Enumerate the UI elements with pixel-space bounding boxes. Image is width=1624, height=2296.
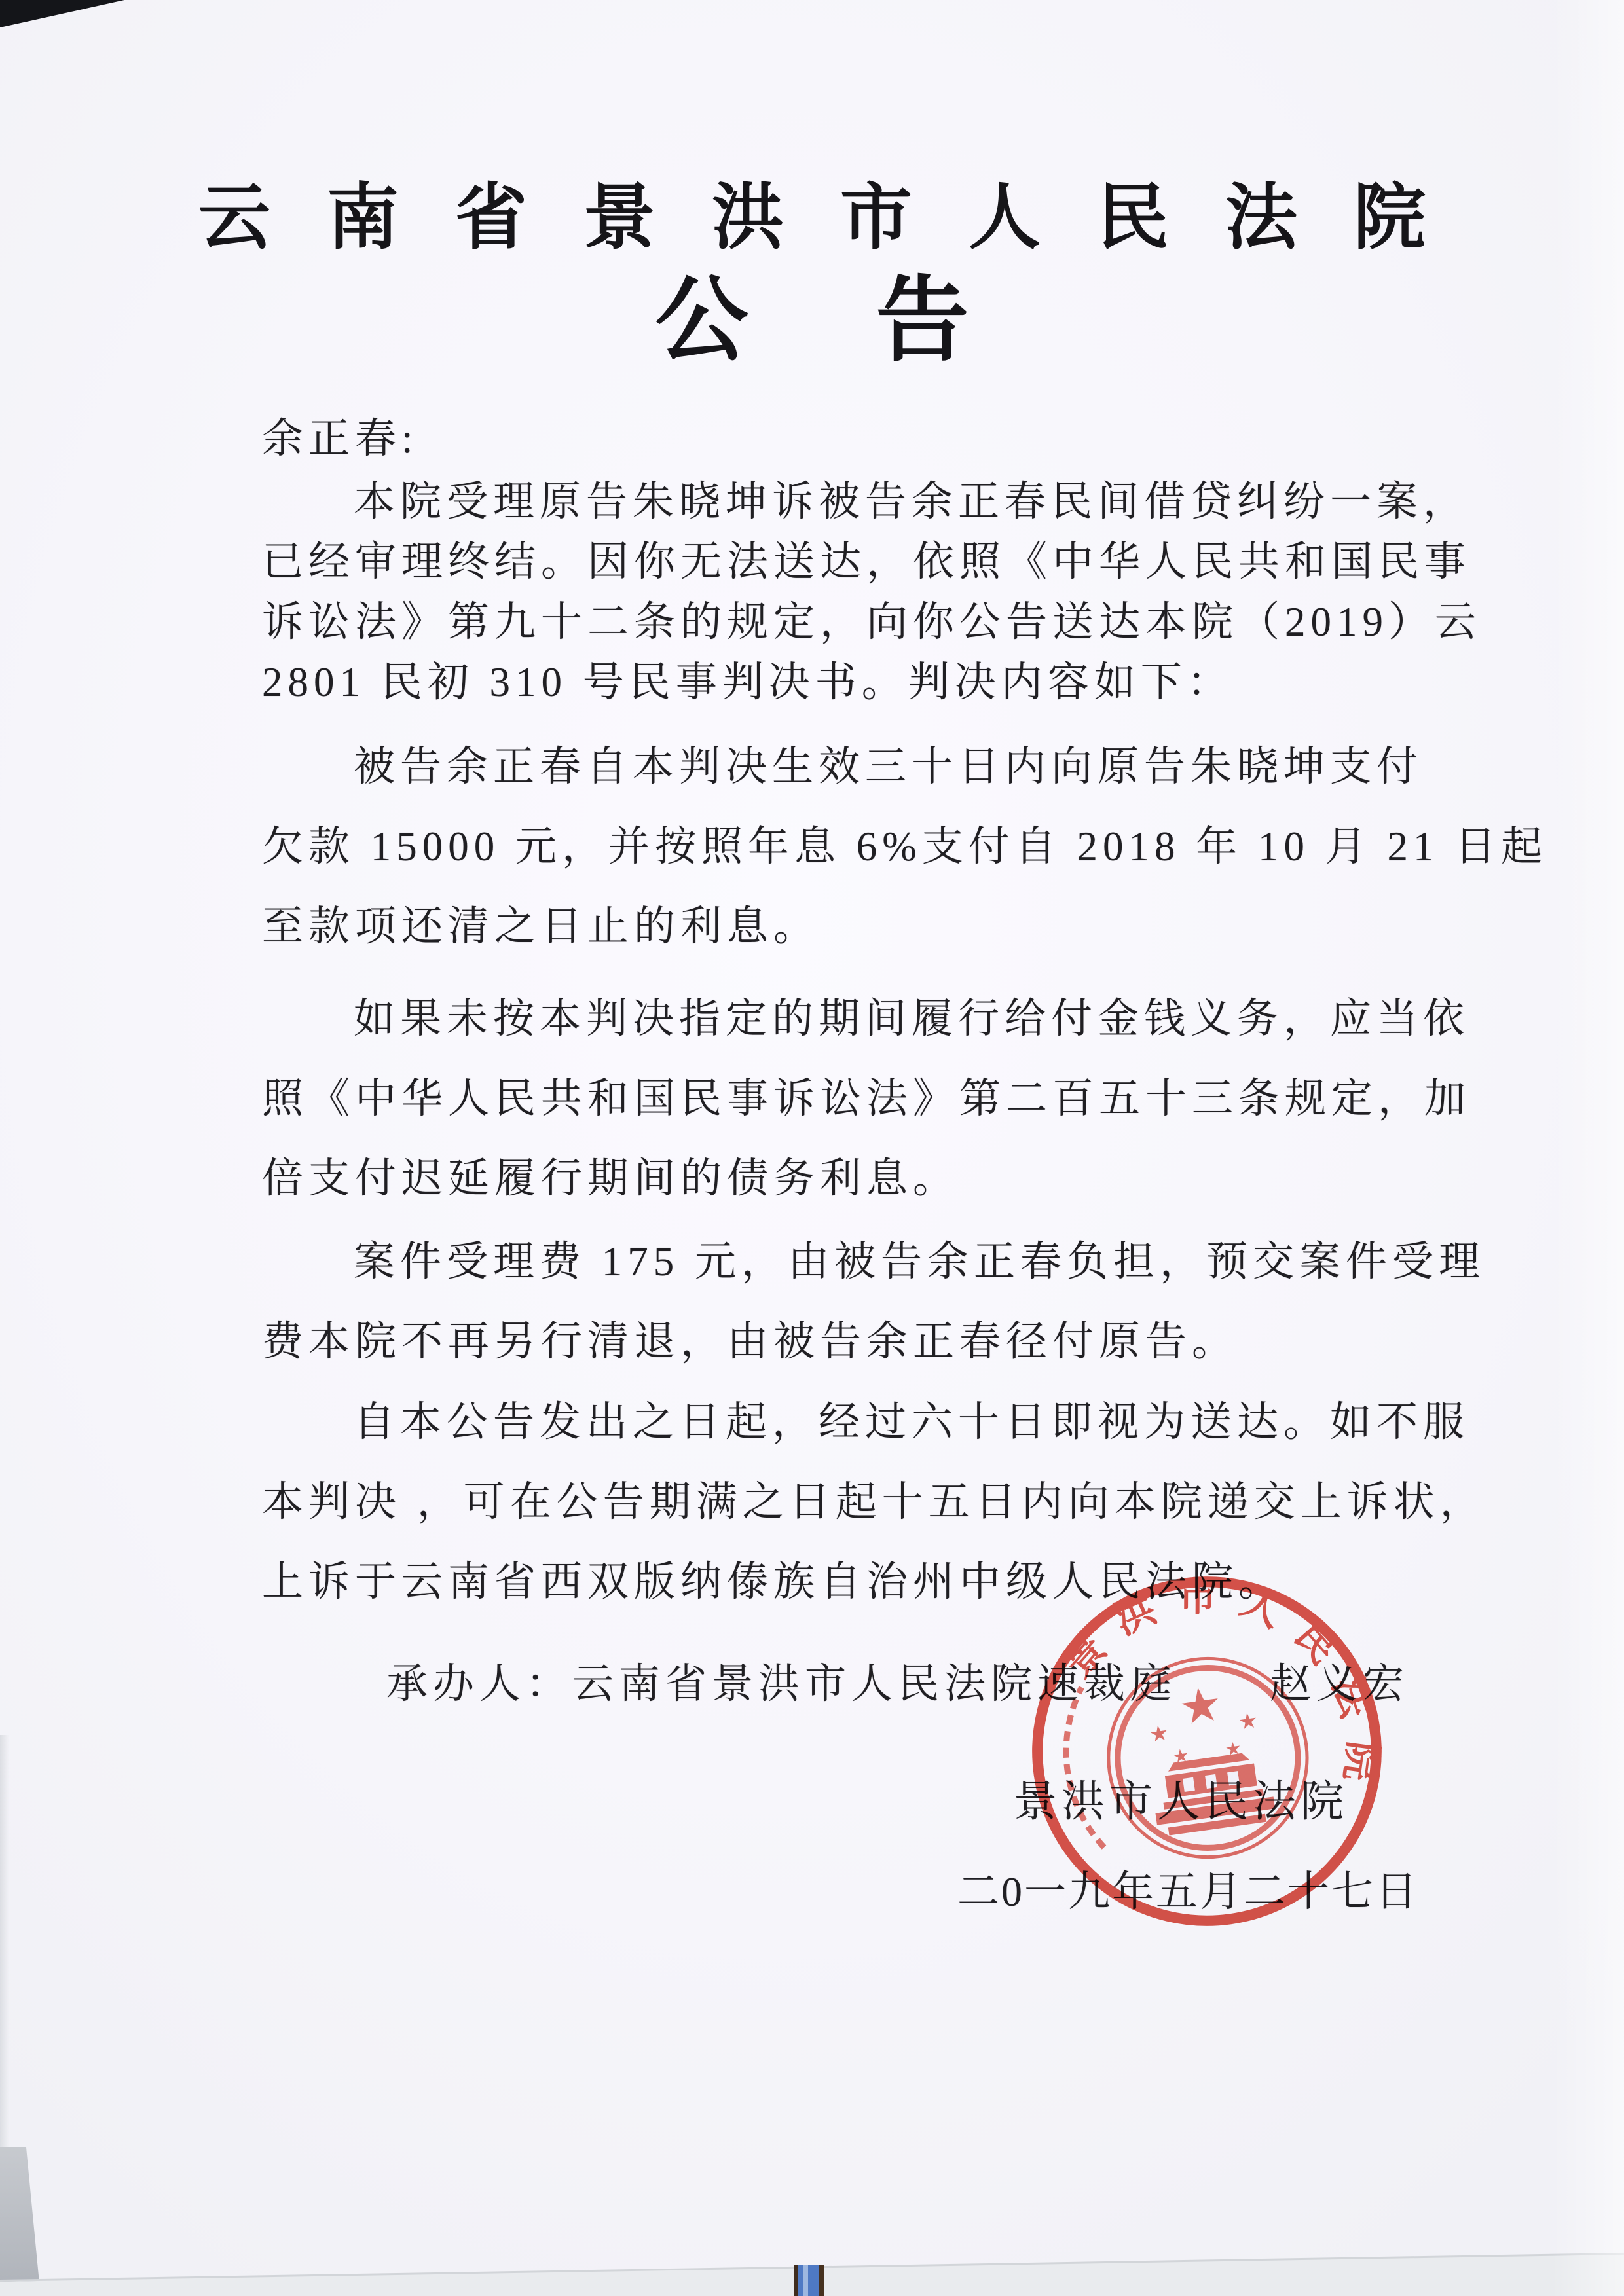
scan-corner-artifact [0, 0, 131, 30]
paragraph: 被告余正春自本判决生效三十日内向原告朱晓坤支付欠款 15000 元，并按照年息 … [262, 727, 1393, 966]
paragraph: 本院受理原告朱晓坤诉被告余正春民间借贷纠纷一案，已经审理终结。因你无法送达，依照… [262, 471, 1393, 712]
scan-bottom-left-edge [0, 2147, 41, 2296]
notice-title: 公告 [0, 270, 1624, 372]
document-line: 本院受理原告朱晓坤诉被告余正春民间借贷纠纷一案， [262, 471, 1393, 532]
paragraphs: 本院受理原告朱晓坤诉被告余正春民间借贷纠纷一案，已经审理终结。因你无法送达，依照… [262, 471, 1393, 1622]
court-title: 云南省景洪市人民法院 [0, 178, 1624, 257]
document-line: 至款项还清之日止的利息。 [262, 886, 1393, 966]
document-body: 余正春: 本院受理原告朱晓坤诉被告余正春民间借贷纠纷一案，已经审理终结。因你无法… [262, 406, 1393, 1724]
salutation: 余正春: [262, 406, 1393, 471]
national-emblem-icon [1139, 1679, 1276, 1837]
paragraph: 案件受理费 175 元，由被告余正春负担，预交案件受理费本院不再另行清退，由被告… [262, 1222, 1393, 1381]
document-line: 倍支付迟延履行期间的债务利息。 [262, 1139, 1393, 1218]
document-line: 诉讼法》第九十二条的规定，向你公告送达本院（2019）云 [262, 592, 1393, 652]
document-line: 被告余正春自本判决生效三十日内向原告朱晓坤支付 [262, 727, 1393, 807]
document-line: 已经审理终结。因你无法送达，依照《中华人民共和国民事 [262, 532, 1393, 592]
binding-mark [794, 2265, 824, 2296]
scanned-court-notice-page: 云南省景洪市人民法院 公告 余正春: 本院受理原告朱晓坤诉被告余正春民间借贷纠纷… [0, 0, 1624, 2296]
document-line: 照《中华人民共和国民事诉讼法》第二百五十三条规定，加 [262, 1059, 1393, 1139]
paragraph: 如果未按本判决指定的期间履行给付金钱义务，应当依照《中华人民共和国民事诉讼法》第… [262, 979, 1393, 1218]
document-line: 费本院不再另行清退，由被告余正春径付原告。 [262, 1302, 1393, 1381]
document-line: 自本公告发出之日起，经过六十日即视为送达。如不服 [262, 1382, 1393, 1462]
document-line: 案件受理费 175 元，由被告余正春负担，预交案件受理 [262, 1222, 1393, 1302]
document-line: 2801 民初 310 号民事判决书。判决内容如下： [262, 652, 1393, 712]
seal-dai-script-band [1056, 1687, 1104, 1851]
court-seal: 景洪市人民法院 [997, 1542, 1416, 1960]
document-line: 本判决 ，可在公告期满之日起十五日内向本院递交上诉状， [262, 1462, 1393, 1542]
document-line: 如果未按本判决指定的期间履行给付金钱义务，应当依 [262, 979, 1393, 1059]
document-line: 欠款 15000 元，并按照年息 6%支付自 2018 年 10 月 21 日起 [262, 807, 1393, 886]
